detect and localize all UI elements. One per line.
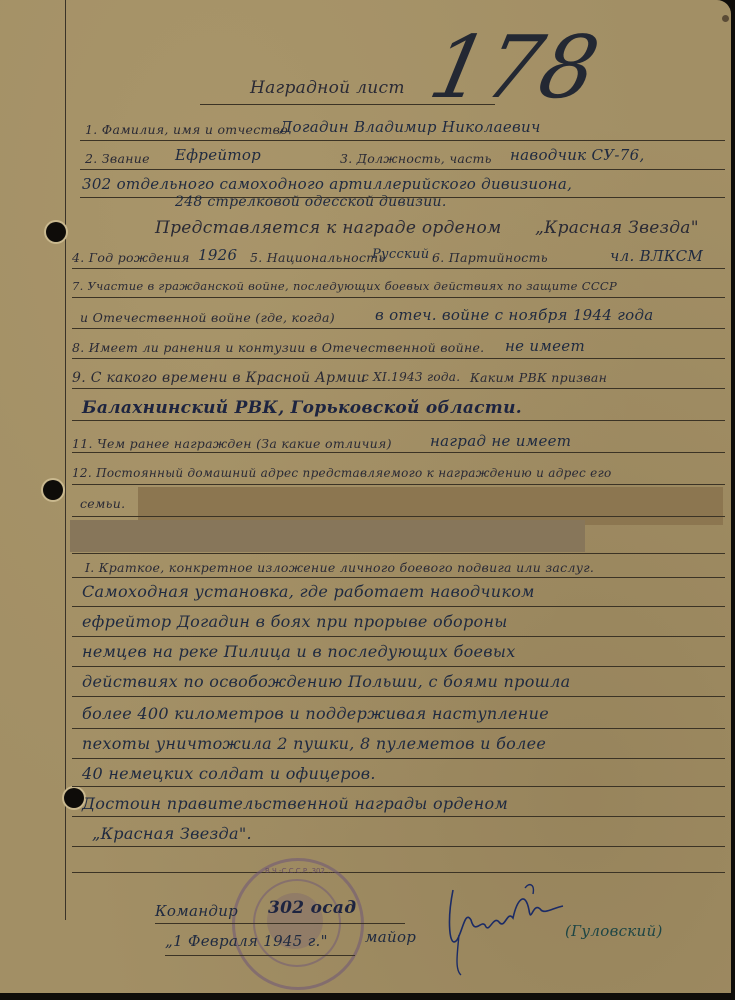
field-9-label: 9. С какого времени в Красной Армии: [72, 370, 366, 386]
field-7-value: в отеч. войне с ноября 1944 года: [375, 306, 654, 324]
field-5-value: Русский: [372, 247, 429, 262]
field-11-value: наград не имеет: [430, 432, 571, 450]
line-rule: [72, 816, 725, 817]
field-3-value-line2: 302 отдельного самоходного артиллерийско…: [82, 175, 572, 193]
field-1-label: 1. Фамилия, имя и отчество: [85, 122, 288, 137]
feat-line: Самоходная установка, где работает навод…: [82, 582, 535, 601]
field-9-value: с XI.1943 года.: [362, 370, 460, 384]
line-rule: [72, 484, 725, 485]
field-6-value: чл. ВЛКСМ: [610, 247, 703, 265]
field-7-label-line2: и Отечественной войне (где, когда): [80, 310, 335, 325]
redacted-block: [70, 520, 585, 552]
document-number: 178: [423, 25, 605, 111]
field-11-label: 11. Чем ранее награжден (За какие отличи…: [72, 436, 392, 451]
feat-line: 40 немецких солдат и офицеров.: [82, 764, 376, 783]
field-4-label: 4. Год рождения: [72, 250, 190, 265]
line-rule: [72, 786, 725, 787]
line-rule: [72, 577, 725, 578]
line-rule: [72, 872, 725, 873]
feat-line: ефрейтор Догадин в боях при прорыве обор…: [82, 612, 508, 631]
signature-rank: майор: [365, 928, 416, 946]
line-rule: [72, 516, 725, 517]
nomination-award: „Красная Звезда": [535, 218, 699, 238]
feat-line: „Красная Звезда".: [92, 824, 252, 843]
line-rule: [72, 358, 725, 359]
line-rule: [72, 328, 725, 329]
line-rule: [72, 846, 725, 847]
line-rule: [72, 666, 725, 667]
field-12-label-line1: 12. Постоянный домашний адрес представля…: [72, 466, 611, 480]
field-10-label: Каким РВК призван: [470, 370, 607, 385]
line-rule: [72, 297, 725, 298]
field-8-label: 8. Имеет ли ранения и контузии в Отечест…: [72, 340, 484, 355]
feat-line: более 400 километров и поддерживая насту…: [82, 704, 549, 723]
field-2-label: 2. Звание: [85, 151, 150, 166]
line-rule: [80, 169, 725, 170]
signature-unit: 302 осад: [268, 898, 356, 918]
field-3-value-line3: 248 стрелковой одесской дивизии.: [175, 194, 447, 210]
document-title: Наградной лист: [250, 78, 405, 98]
award-sheet: Наградной лист 178 1. Фамилия, имя и отч…: [0, 0, 731, 993]
signatory-name: (Гуловский): [565, 922, 663, 940]
margin-line: [65, 0, 66, 920]
field-8-value: не имеет: [505, 337, 585, 355]
stamp-text: В.Ч.-С.С.С.Р. 302 ...: [265, 867, 334, 875]
handwritten-signature-icon: [445, 880, 575, 980]
field-4-value: 1926: [198, 246, 237, 264]
feat-line: пехоты уничтожила 2 пушки, 8 пулеметов и…: [82, 734, 546, 753]
field-3-value: наводчик СУ-76,: [510, 146, 645, 164]
feat-line: действиях по освобождению Польши, с боям…: [82, 672, 570, 691]
field-6-label: 6. Партийность: [432, 250, 548, 265]
field-10-value: Балахнинский РВК, Горьковской области.: [82, 398, 522, 418]
field-12-label-line2: семьи.: [80, 496, 125, 511]
field-3-label: 3. Должность, часть: [340, 151, 492, 166]
feat-label: I. Краткое, конкретное изложение личного…: [85, 560, 594, 575]
line-rule: [72, 268, 725, 269]
field-1-value: Догадин Владимир Николаевич: [280, 118, 541, 136]
signature-date: „1 Февраля 1945 г.": [165, 932, 328, 950]
nomination-prefix: Представляется к награде орденом: [155, 218, 501, 238]
feat-line: немцев на реке Пилица и в последующих бо…: [82, 642, 516, 661]
punch-hole: [43, 480, 63, 500]
line-rule: [72, 696, 725, 697]
line-rule: [72, 420, 725, 421]
line-rule: [80, 140, 725, 141]
line-rule: [72, 728, 725, 729]
field-5-label: 5. Национальность: [250, 250, 386, 265]
date-rule: [165, 955, 355, 956]
punch-hole: [64, 788, 84, 808]
field-2-value: Ефрейтор: [175, 146, 261, 164]
punch-hole: [46, 222, 66, 242]
line-rule: [72, 388, 725, 389]
line-rule: [72, 452, 725, 453]
line-rule: [72, 553, 725, 554]
pin-mark: [722, 15, 729, 22]
line-rule: [72, 636, 725, 637]
line-rule: [72, 606, 725, 607]
signature-rule: [155, 923, 405, 924]
line-rule: [72, 758, 725, 759]
signature-position: Командир: [155, 902, 238, 920]
feat-line: Достоин правительственной награды ордено…: [82, 794, 508, 813]
official-stamp: В.Ч.-С.С.С.Р. 302 ...: [232, 858, 364, 990]
field-7-label-line1: 7. Участие в гражданской войне, последую…: [72, 279, 617, 293]
